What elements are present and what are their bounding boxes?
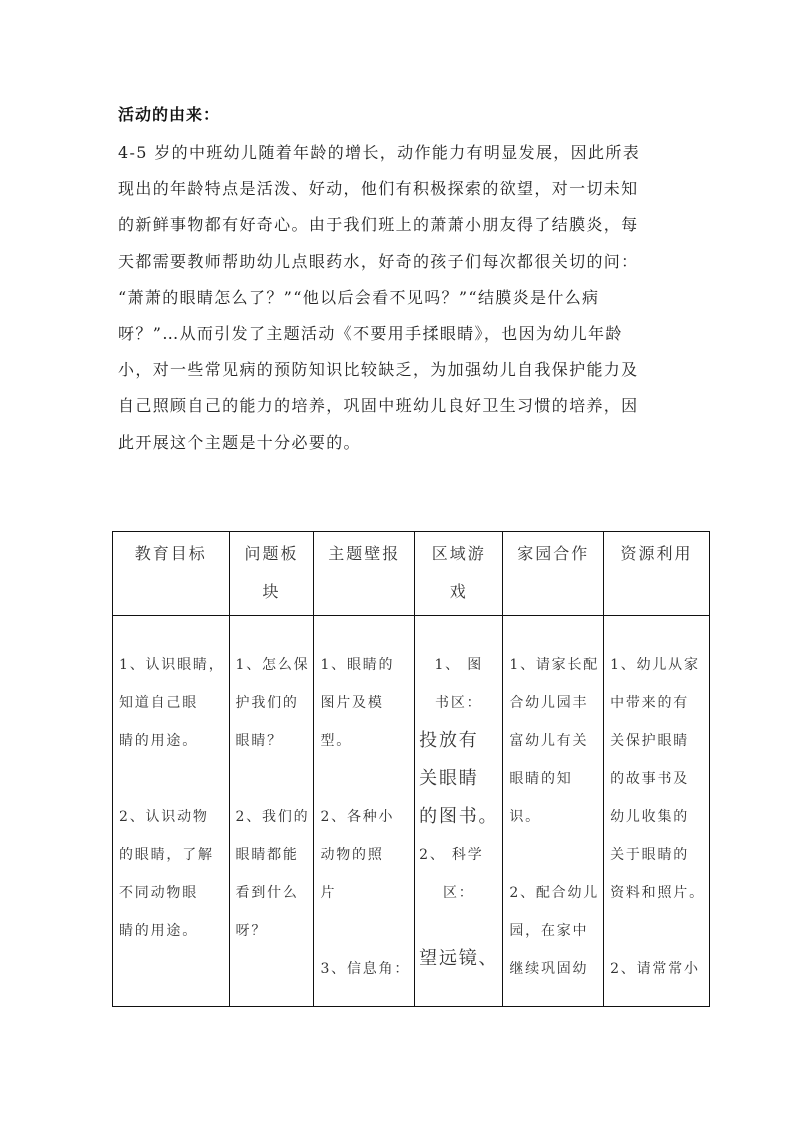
cell-line: 2、请常常小 xyxy=(610,950,705,988)
cell-line: 睛的用途。 xyxy=(119,912,225,950)
header-question-section: 问题板块 xyxy=(229,532,314,616)
header-text: 家园合作 xyxy=(503,535,603,573)
activity-plan-table: 教育目标 问题板块 主题壁报 区域游戏 家园合作 资源利用 1、认识眼睛， 知道… xyxy=(112,531,710,1007)
cell-line: 1、怎么保 xyxy=(236,646,310,684)
cell-line: 2、 科学 xyxy=(419,836,498,874)
paragraph-line: “萧萧的眼睛怎么了？”“他以后会看不见吗？”“结膜炎是什么病 xyxy=(118,280,678,316)
cell-line: 2、认识动物 xyxy=(119,798,225,836)
paragraph-line: 小，对一些常见病的预防知识比较缺乏，为加强幼儿自我保护能力及 xyxy=(118,352,678,388)
header-text: 区域游 xyxy=(415,535,502,573)
cell-line: 眼睛？ xyxy=(236,722,310,760)
cell-line: 睛的用途。 xyxy=(119,722,225,760)
cell-line: 望远镜、 xyxy=(419,940,498,978)
cell-line: 呀？ xyxy=(236,912,310,950)
header-home-school-cooperation: 家园合作 xyxy=(503,532,604,616)
cell-line: 1、请家长配 xyxy=(509,646,599,684)
header-theme-poster: 主题壁报 xyxy=(314,532,415,616)
header-text: 主题壁报 xyxy=(314,535,414,573)
cell-line: 1、 图 xyxy=(419,646,498,684)
paragraph-line: 自己照顾自己的能力的培养，巩固中班幼儿良好卫生习惯的培养，因 xyxy=(118,388,678,424)
cell-line: 关眼睛 xyxy=(419,760,498,798)
cell-home-school-cooperation: 1、请家长配 合幼儿园丰 富幼儿有关 眼睛的知 识。 2、配合幼儿 园，在家中 … xyxy=(503,616,604,1007)
cell-line: 1、认识眼睛， xyxy=(119,646,225,684)
cell-line: 眼睛都能 xyxy=(236,836,310,874)
paragraph-line: 现出的年龄特点是活泼、好动，他们有积极探索的欲望，对一切未知 xyxy=(118,171,678,207)
cell-line: 不同动物眼 xyxy=(119,874,225,912)
cell-line: 投放有 xyxy=(419,722,498,760)
cell-line: 合幼儿园丰 xyxy=(509,684,599,722)
paragraph-line: 呀？”…从而引发了主题活动《不要用手揉眼睛》，也因为幼儿年龄 xyxy=(118,316,678,352)
cell-line: 继续巩固幼 xyxy=(509,950,599,988)
cell-line: 动物的照 xyxy=(320,836,410,874)
cell-line: 关保护眼睛 xyxy=(610,722,705,760)
cell-line: 型。 xyxy=(320,722,410,760)
cell-line: 区： xyxy=(419,874,498,912)
cell-line: 的故事书及 xyxy=(610,760,705,798)
cell-line: 幼儿收集的 xyxy=(610,798,705,836)
cell-line: 眼睛的知 xyxy=(509,760,599,798)
cell-line: 1、幼儿从家 xyxy=(610,646,705,684)
header-text: 资源利用 xyxy=(604,535,709,573)
paragraph-line: 的新鲜事物都有好奇心。由于我们班上的萧萧小朋友得了结膜炎，每 xyxy=(118,207,678,243)
header-resource-use: 资源利用 xyxy=(604,532,710,616)
cell-area-games: 1、 图 书区： 投放有 关眼睛 的图书。 2、 科学 区： 望远镜、 xyxy=(415,616,503,1007)
cell-education-goals: 1、认识眼睛， 知道自己眼 睛的用途。 2、认识动物 的眼睛，了解 不同动物眼 … xyxy=(113,616,230,1007)
cell-line: 知道自己眼 xyxy=(119,684,225,722)
cell-line: 书区： xyxy=(419,684,498,722)
table-row: 1、认识眼睛， 知道自己眼 睛的用途。 2、认识动物 的眼睛，了解 不同动物眼 … xyxy=(113,616,710,1007)
cell-line: 园，在家中 xyxy=(509,912,599,950)
cell-line: 2、我们的 xyxy=(236,798,310,836)
cell-line: 3、信息角： xyxy=(320,950,410,988)
cell-line: 1、眼睛的 xyxy=(320,646,410,684)
cell-line: 资料和照片。 xyxy=(610,874,705,912)
intro-paragraph: 4-5 岁的中班幼儿随着年龄的增长，动作能力有明显发展，因此所表 现出的年龄特点… xyxy=(118,135,678,461)
cell-line: 的眼睛，了解 xyxy=(119,836,225,874)
table-header-row: 教育目标 问题板块 主题壁报 区域游戏 家园合作 资源利用 xyxy=(113,532,710,616)
paragraph-line: 天都需要教师帮助幼儿点眼药水，好奇的孩子们每次都很关切的问： xyxy=(118,244,678,280)
cell-resource-use: 1、幼儿从家 中带来的有 关保护眼睛 的故事书及 幼儿收集的 关于眼睛的 资料和… xyxy=(604,616,710,1007)
cell-line: 关于眼睛的 xyxy=(610,836,705,874)
cell-line: 识。 xyxy=(509,798,599,836)
cell-line: 2、配合幼儿 xyxy=(509,874,599,912)
cell-line: 的图书。 xyxy=(419,798,498,836)
cell-line: 片 xyxy=(320,874,410,912)
cell-line: 2、各种小 xyxy=(320,798,410,836)
cell-line: 看到什么 xyxy=(236,874,310,912)
cell-question-section: 1、怎么保 护我们的 眼睛？ 2、我们的 眼睛都能 看到什么 呀？ xyxy=(229,616,314,1007)
header-education-goals: 教育目标 xyxy=(113,532,230,616)
paragraph-line: 此开展这个主题是十分必要的。 xyxy=(118,425,678,461)
header-text: 块 xyxy=(230,573,314,611)
header-area-games: 区域游戏 xyxy=(415,532,503,616)
cell-line: 富幼儿有关 xyxy=(509,722,599,760)
cell-theme-poster: 1、眼睛的 图片及模 型。 2、各种小 动物的照 片 3、信息角： xyxy=(314,616,415,1007)
header-text: 戏 xyxy=(415,573,502,611)
cell-line: 中带来的有 xyxy=(610,684,705,722)
header-text: 教育目标 xyxy=(113,535,229,573)
header-text: 问题板 xyxy=(230,535,314,573)
cell-line: 图片及模 xyxy=(320,684,410,722)
section-heading: 活动的由来： xyxy=(118,102,220,125)
paragraph-line: 4-5 岁的中班幼儿随着年龄的增长，动作能力有明显发展，因此所表 xyxy=(118,135,678,171)
cell-line: 护我们的 xyxy=(236,684,310,722)
